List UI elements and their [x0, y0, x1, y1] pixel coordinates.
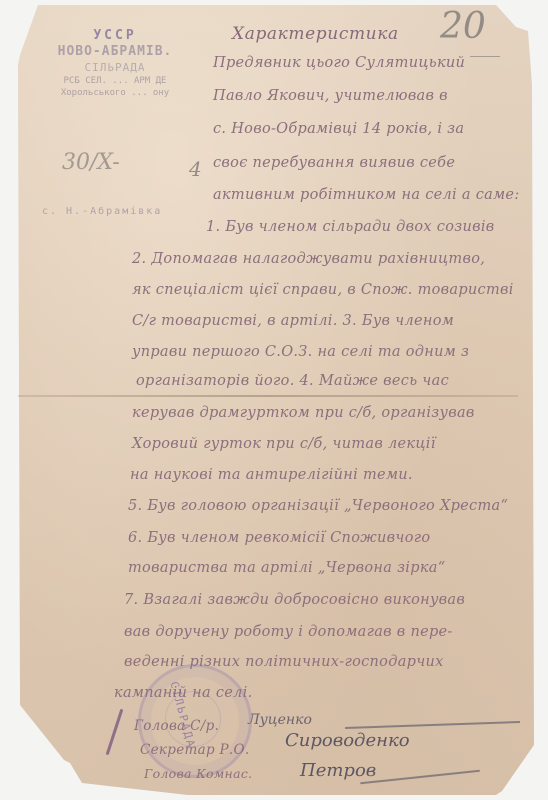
signature-chair: Луценко — [248, 712, 312, 728]
body-line: активним робітником на селі а саме: — [213, 187, 520, 203]
stamp-line-1: УССР — [30, 28, 200, 44]
paper-fold-line — [18, 395, 518, 397]
body-line: Павло Якович, учителював в — [213, 88, 448, 104]
body-line: Предявник цього Сулятицький — [213, 55, 465, 71]
body-line: організаторів його. 4. Майже весь час — [136, 373, 449, 389]
stamp-line-2: НОВО-АБРАМІВ. — [30, 44, 200, 60]
body-line: 6. Був членом ревкомісії Споживчого — [128, 530, 430, 546]
stamp-line-3: СІЛЬРАДА — [30, 61, 200, 75]
signature-role-komnas: Голова Комнас. — [144, 766, 252, 781]
sovet-header-stamp: УССР НОВО-АБРАМІВ. СІЛЬРАДА РСБ СЕЛ. ...… — [30, 28, 200, 99]
body-line: 7. Взагалі завжди добросовісно виконував — [124, 592, 465, 608]
stamp-line-5: Хорольського ... ону — [30, 88, 200, 99]
body-line: керував драмгуртком при с/б, організував — [132, 405, 475, 421]
signature-role-secretary: Секретар Р.О. — [140, 742, 249, 758]
body-line: своє перебування виявив себе — [213, 155, 455, 171]
body-line: на наукові та антирелігійні теми. — [130, 467, 413, 483]
folio-check-mark — [470, 42, 500, 57]
pencil-date-note: 30/X- — [62, 150, 120, 175]
body-line: управи першого С.О.З. на селі та одним з — [132, 344, 469, 360]
body-line: вав доручену роботу і допомагав в пере- — [124, 624, 453, 640]
signature-secretary: Сироводенко — [285, 730, 410, 751]
body-line: товариства та артілі „Червона зірка“ — [128, 560, 445, 576]
body-line: 1. Був членом сільради двох созивів — [206, 219, 495, 235]
body-line: 2. Допомагав налагоджувати рахівництво, — [132, 251, 485, 267]
signature-komnas: Петров — [300, 760, 376, 781]
body-line: С/г товаристві, в артілі. 3. Був членом — [132, 313, 454, 329]
scanned-document: УССР НОВО-АБРАМІВ. СІЛЬРАДА РСБ СЕЛ. ...… — [0, 0, 548, 800]
folio-number: 20 — [440, 6, 486, 47]
body-line: 5. Був головою організації „Червоного Хр… — [128, 498, 508, 514]
stamp-line-4: РСБ СЕЛ. ... АРМ ДЕ — [30, 76, 200, 87]
body-line: як спеціаліст цієї справи, в Спож. товар… — [132, 282, 514, 298]
signature-role-chair: Голова С/р. — [134, 718, 219, 734]
document-title: Характеристика — [232, 24, 399, 44]
body-line: с. Ново-Обрамівці 14 років, і за — [213, 121, 464, 137]
body-line: Хоровий гурток при с/б, читав лекції — [132, 436, 436, 452]
stamp-place-line: с. Н.-Абрамівка — [42, 206, 162, 217]
margin-pencil-mark: 4 — [189, 157, 202, 181]
